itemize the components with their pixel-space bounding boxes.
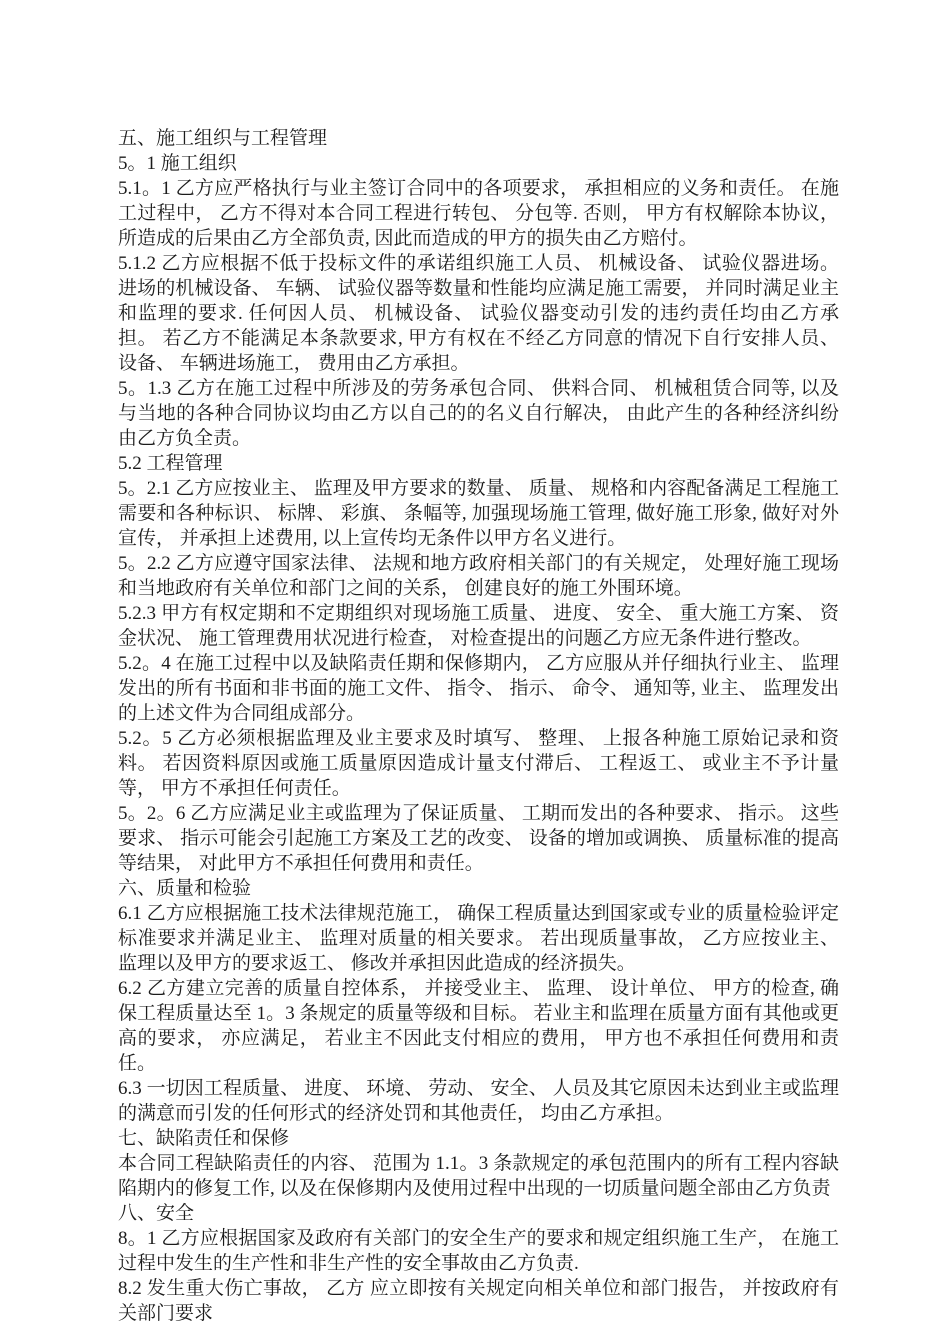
clause-5-1-heading: 5。1 施工组织 — [118, 151, 839, 176]
clause-7-body: 本合同工程缺陷责任的内容、 范围为 1.1。3 条款规定的承包范围内的所有工程内… — [118, 1151, 839, 1201]
clause-5-2-3: 5.2.3 甲方有权定期和不定期组织对现场施工质量、 进度、 安全、 重大施工方… — [118, 601, 839, 651]
clause-8-1: 8。1 乙方应根据国家及政府有关部门的安全生产的要求和规定组织施工生产， 在施工… — [118, 1226, 839, 1276]
clause-5-1-1: 5.1。1 乙方应严格执行与业主签订合同中的各项要求， 承担相应的义务和责任。 … — [118, 176, 839, 251]
heading-section-7: 七、缺陷责任和保修 — [118, 1126, 839, 1151]
clause-5-2-2: 5。2.2 乙方应遵守国家法律、 法规和地方政府相关部门的有关规定， 处理好施工… — [118, 551, 839, 601]
heading-section-5: 五、施工组织与工程管理 — [118, 126, 839, 151]
heading-section-6: 六、质量和检验 — [118, 876, 839, 901]
clause-6-1: 6.1 乙方应根据施工技术法律规范施工， 确保工程质量达到国家或专业的质量检验评… — [118, 901, 839, 976]
clause-5-2-1: 5。2.1 乙方应按业主、 监理及甲方要求的数量、 质量、 规格和内容配备满足工… — [118, 476, 839, 551]
contract-text-block: 五、施工组织与工程管理 5。1 施工组织 5.1。1 乙方应严格执行与业主签订合… — [118, 126, 839, 1326]
clause-5-1-3: 5。1.3 乙方在施工过程中所涉及的劳务承包合同、 供料合同、 机械租赁合同等,… — [118, 376, 839, 451]
clause-5-1-2: 5.1.2 乙方应根据不低于投标文件的承诺组织施工人员、 机械设备、 试验仪器进… — [118, 251, 839, 376]
heading-section-8: 八、安全 — [118, 1201, 839, 1226]
clause-5-2-5: 5.2。5 乙方必须根据监理及业主要求及时填写、 整理、 上报各种施工原始记录和… — [118, 726, 839, 801]
clause-6-2: 6.2 乙方建立完善的质量自控体系， 并接受业主、 监理、 设计单位、 甲方的检… — [118, 976, 839, 1076]
clause-6-3: 6.3 一切因工程质量、 进度、 环境、 劳动、 安全、 人员及其它原因未达到业… — [118, 1076, 839, 1126]
clause-5-2-6: 5。2。6 乙方应满足业主或监理为了保证质量、 工期而发出的各种要求、 指示。 … — [118, 801, 839, 876]
clause-5-2-4: 5.2。4 在施工过程中以及缺陷责任期和保修期内， 乙方应服从并仔细执行业主、 … — [118, 651, 839, 726]
clause-8-2: 8.2 发生重大伤亡事故， 乙方 应立即按有关规定向相关单位和部门报告， 并按政… — [118, 1276, 839, 1326]
clause-5-2-heading: 5.2 工程管理 — [118, 451, 839, 476]
document-page: 五、施工组织与工程管理 5。1 施工组织 5.1。1 乙方应严格执行与业主签订合… — [0, 0, 950, 1344]
